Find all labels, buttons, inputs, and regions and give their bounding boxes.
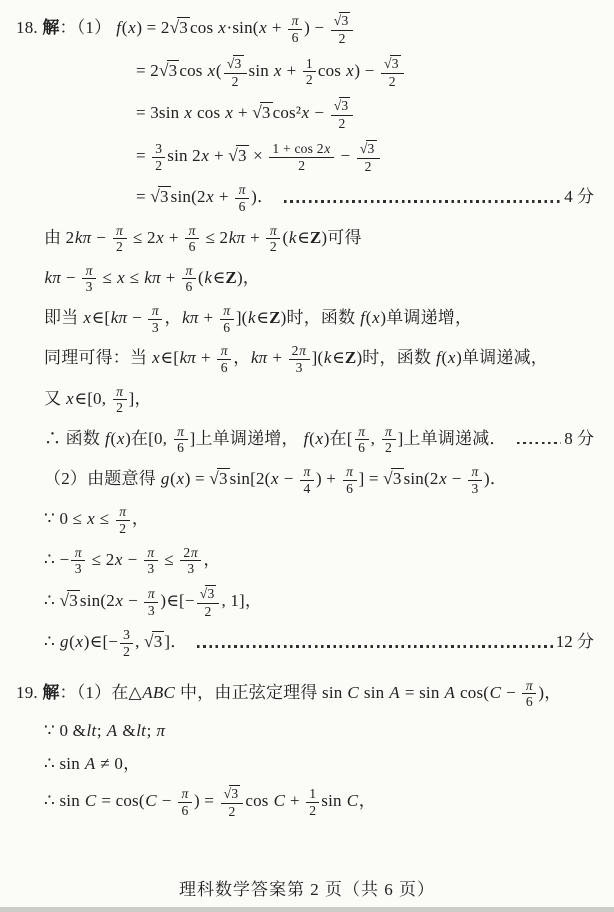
math-content: 由 2kπ − π2 ≤ 2x + π6 ≤ 2kπ + π2(k∈Z)可得 [44,223,362,255]
page-footer: 理科数学答案第 2 页（共 6 页） [0,875,614,900]
formula-line: 由 2kπ − π2 ≤ 2x + π6 ≤ 2kπ + π2(k∈Z)可得 [44,223,594,255]
math-content: ∴ sin A ≠ 0， [44,751,140,777]
formula-line: ∵ 0 ≤ x ≤ π2， [44,504,594,536]
radical: √3 [150,184,170,210]
fraction: π3 [144,545,158,577]
formula-line: = 32sin 2x + √3 × 1 + cos 2x2 − √32 [136,140,594,175]
formula-line: 同理可得：当 x∈[kπ + π6，kπ + 2π3](k∈Z)时，函数 f(x… [44,343,594,375]
math-content: 同理可得：当 x∈[kπ + π6，kπ + 2π3](k∈Z)时，函数 f(x… [44,343,548,375]
fraction: 12 [303,56,316,88]
math-content: = 32sin 2x + √3 × 1 + cos 2x2 − √32 [136,140,382,175]
fraction: √32 [224,55,247,90]
formula-line: （2）由题意得 g(x) = √3sin[2(x − π4) + π6] = √… [44,464,594,496]
formula-line: ∵ 0 &lt; A &lt; π [44,718,594,744]
fraction: π2 [266,223,280,255]
radical: √3 [200,585,217,603]
fraction: π3 [148,303,162,335]
formula-line: 19. 解：（1）在△ABC 中，由正弦定理得 sin C sin A = si… [16,678,594,710]
fraction: π6 [185,223,199,255]
formula-line: 又 x∈[0, π2]， [44,384,594,416]
dotted-leader [517,442,562,445]
fraction: √32 [331,12,354,47]
fraction: π6 [343,464,357,496]
math-content: 19. 解：（1）在△ABC 中，由正弦定理得 sin C sin A = si… [16,678,561,710]
fraction: 2π3 [180,545,201,577]
formula-line: = 2√3cos x(√32sin x + 12cos x) − √32 [136,55,594,90]
radical: √3 [228,143,248,169]
radical: √3 [334,12,351,30]
dotted-leader [284,200,561,203]
math-content: ∵ 0 &lt; A &lt; π [44,718,166,744]
fraction: π6 [182,263,196,295]
fraction: π2 [113,384,127,416]
fraction: π3 [82,263,96,295]
formula-line: = √3sin(2x + π6)．4 分 [136,182,594,214]
fraction: π6 [217,343,231,375]
math-content: ∴ 函数 f(x)在[0, π6]上单调递增， f(x)在[π6, π2]上单调… [44,424,507,456]
fraction: π3 [71,545,85,577]
fraction: √32 [331,97,354,132]
fraction: π6 [355,424,369,456]
document-body: 18. 解：（1） f(x) = 2√3cos x·sin(x + π6) − … [0,0,614,819]
math-content: kπ − π3 ≤ x ≤ kπ + π6(k∈Z)， [44,263,260,295]
math-content: 即当 x∈[kπ − π3，kπ + π6](k∈Z)时，函数 f(x)单调递增… [44,303,472,335]
fraction: 1 + cos 2x2 [269,141,334,173]
score-mark: 12 分 [556,627,594,652]
fraction: π6 [174,424,188,456]
formula-line: ∴ √3sin(2x − π3)∈[−√32, 1]， [44,585,594,620]
radical: √3 [144,629,164,655]
fraction: √32 [221,785,244,820]
math-content: = 2√3cos x(√32sin x + 12cos x) − √32 [136,55,406,90]
radical: √3 [227,55,244,73]
radical: √3 [383,466,403,492]
formula-line: = 3sin x cos x + √3cos²x − √32 [136,97,594,132]
fraction: 32 [152,141,165,173]
fraction: π6 [288,13,302,45]
fraction: √32 [357,140,380,175]
formula-line: ∴ −π3 ≤ 2x − π3 ≤ 2π3， [44,545,594,577]
formula-line: ∴ sin A ≠ 0， [44,751,594,777]
fraction: π4 [300,464,314,496]
fraction: 32 [120,627,133,659]
math-content: ∵ 0 ≤ x ≤ π2， [44,504,149,536]
radical: √3 [224,785,241,803]
formula-line: 即当 x∈[kπ − π3，kπ + π6](k∈Z)时，函数 f(x)单调递增… [44,303,594,335]
formula-line: ∴ 函数 f(x)在[0, π6]上单调递增， f(x)在[π6, π2]上单调… [44,424,594,456]
fraction: π2 [382,424,396,456]
answer-sheet-page: { "page": { "background_color": "#fbfbf8… [0,0,614,912]
fraction: √32 [197,585,220,620]
radical: √3 [209,466,229,492]
radical: √3 [360,140,377,158]
formula-line: ∴ sin C = cos(C − π6) = √32cos C + 12sin… [44,785,594,820]
math-content: ∴ g(x)∈[−32, √3]． [44,627,187,659]
math-content: ∴ −π3 ≤ 2x − π3 ≤ 2π3， [44,545,221,577]
fraction: π3 [468,464,482,496]
scan-edge-artifact [0,907,614,912]
radical: √3 [384,55,401,73]
score-mark: 8 分 [564,424,594,449]
radical: √3 [252,100,272,126]
math-content: = 3sin x cos x + √3cos²x − √32 [136,97,355,132]
radical: √3 [334,97,351,115]
math-content: 18. 解：（1） f(x) = 2√3cos x·sin(x + π6) − … [16,12,355,47]
formula-line: ∴ g(x)∈[−32, √3]．12 分 [44,627,594,659]
fraction: 12 [306,786,319,818]
fraction: π3 [144,586,158,618]
fraction: π2 [116,504,130,536]
fraction: π6 [235,182,249,214]
radical: √3 [170,15,190,41]
math-content: 又 x∈[0, π2]， [44,384,152,416]
radical: √3 [159,58,179,84]
dotted-leader [197,645,552,648]
fraction: √32 [381,55,404,90]
fraction: π2 [113,223,127,255]
formula-line: kπ − π3 ≤ x ≤ kπ + π6(k∈Z)， [44,263,594,295]
math-content: （2）由题意得 g(x) = √3sin[2(x − π4) + π6] = √… [44,464,507,496]
score-mark: 4 分 [564,182,594,207]
math-content: ∴ √3sin(2x − π3)∈[−√32, 1]， [44,585,262,620]
math-content: = √3sin(2x + π6)． [136,182,274,214]
fraction: 2π3 [289,343,310,375]
radical: √3 [59,588,79,614]
fraction: π6 [522,678,536,710]
math-content: ∴ sin C = cos(C − π6) = √32cos C + 12sin… [44,785,376,820]
fraction: π6 [178,786,192,818]
fraction: π6 [220,303,234,335]
formula-line: 18. 解：（1） f(x) = 2√3cos x·sin(x + π6) − … [16,12,594,47]
